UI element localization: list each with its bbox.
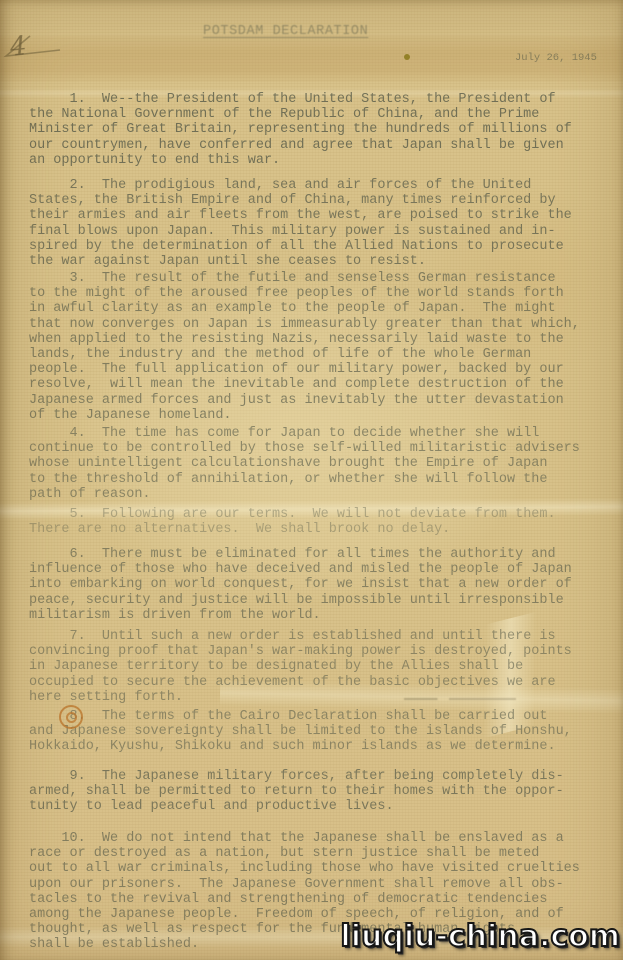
margin-note-pencil: 4: [2, 30, 62, 70]
stamp-inner-circle: [66, 712, 77, 723]
document-date: July 26, 1945: [515, 52, 597, 64]
document-page: POTSDAM DECLARATION July 26, 1945 4 1. W…: [0, 0, 623, 960]
watermark: liuqiu-china.com: [340, 919, 620, 954]
ink-dot-icon: [404, 54, 410, 60]
pencil-dash-marks: [404, 698, 516, 700]
page-title: POTSDAM DECLARATION: [203, 24, 368, 39]
paragraph-3: 3. The result of the futile and senseles…: [29, 271, 607, 423]
paragraph-7: 7. Until such a new order is established…: [29, 629, 607, 705]
margin-note-digit: 4: [8, 31, 28, 63]
paragraph-4: 4. The time has come for Japan to decide…: [29, 426, 607, 502]
paragraph-9: 9. The Japanese military forces, after b…: [29, 769, 607, 815]
paragraph-8: 8. The terms of the Cairo Declaration sh…: [29, 709, 607, 755]
paragraph-1: 1. We--the President of the United State…: [29, 92, 607, 168]
paragraph-5: 5. Following are our terms. We will not …: [29, 507, 607, 537]
double-circle-stamp-icon: [59, 705, 83, 729]
paragraph-6: 6. There must be eliminated for all time…: [29, 547, 607, 623]
paragraph-2: 2. The prodigious land, sea and air forc…: [29, 178, 607, 269]
